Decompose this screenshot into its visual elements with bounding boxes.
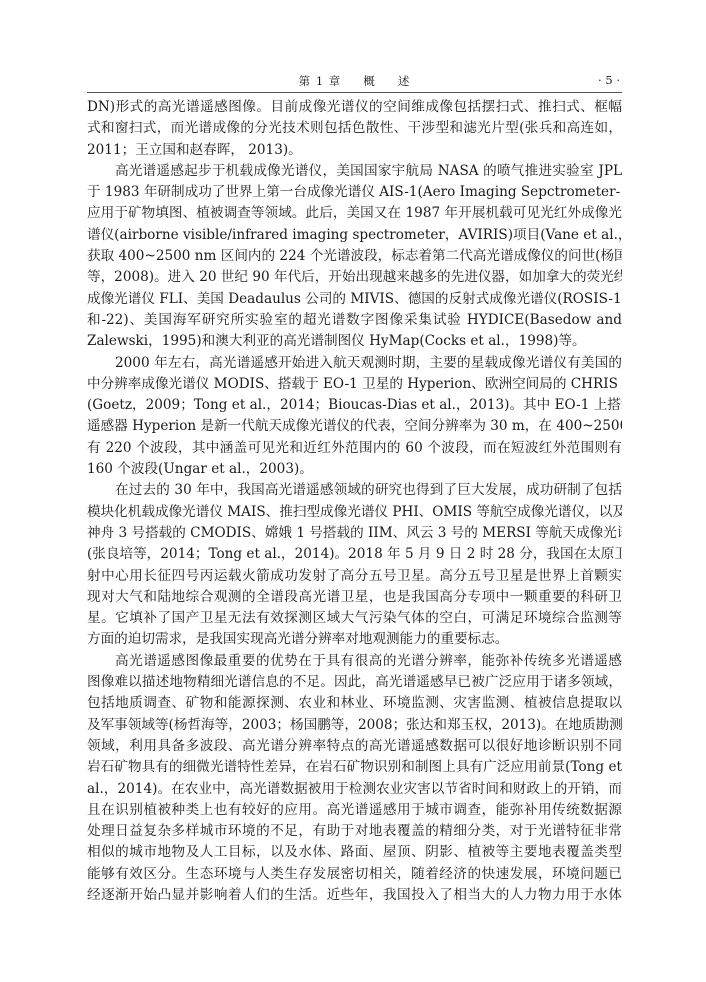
page-number: · 5 · — [598, 73, 620, 87]
chapter-heading: 第 1 章概述 — [87, 73, 622, 89]
text-line: 高光谱遥感起步于机载成像光谱仪，美国国家宇航局 NASA 的喷气推进实验室 JP… — [87, 161, 622, 182]
text-line: 且在识别植被种类上也有较好的应用。高光谱遥感用于城市调查，能弥补用传统数据源 — [87, 800, 622, 821]
text-line: 神舟 3 号搭载的 CMODIS、嫦娥 1 号搭载的 IIM、风云 3 号的 M… — [87, 523, 622, 544]
text-line: (张良培等，2014；Tong et al.，2014)。2018 年 5 月 … — [87, 544, 622, 565]
text-line: 领域，利用具备多波段、高光谱分辨率特点的高光谱遥感数据可以很好地诊断识别不同 — [87, 736, 622, 757]
text-line: 和-22)、美国海军研究所实验室的超光谱数字图像采集试验 HYDICE(Base… — [87, 310, 622, 331]
text-line: Zalewski，1995)和澳大利亚的高光谱制图仪 HyMap(Cocks e… — [87, 331, 622, 352]
header-rule — [87, 92, 622, 93]
text-line: 星。它填补了国产卫星无法有效探测区域大气污染气体的空白，可满足环境综合监测等 — [87, 608, 622, 629]
text-line: 岩石矿物具有的细微光谱特性差异，在岩石矿物识别和制图上具有广泛应用前景(Tong… — [87, 757, 622, 778]
chapter-number: 第 1 章 — [299, 74, 342, 88]
text-line: 中分辨率成像光谱仪 MODIS、搭载于 EO-1 卫星的 Hyperion、欧洲… — [87, 374, 622, 395]
text-line: 射中心用长征四号丙运载火箭成功发射了高分五号卫星。高分五号卫星是世界上首颗实 — [87, 566, 622, 587]
text-line: 在过去的 30 年中，我国高光谱遥感领域的研究也得到了巨大发展，成功研制了包括 — [87, 480, 622, 501]
text-line: 式和窗扫式，而光谱成像的分光技术则包括色散性、干涉型和滤光片型(张兵和高连如， — [87, 118, 622, 139]
text-line: 等，2008)。进入 20 世纪 90 年代后，开始出现越来越多的先进仪器，如加… — [87, 267, 622, 288]
text-line: 160 个波段(Ungar et al.，2003)。 — [87, 459, 622, 480]
text-line: 相似的城市地物及人工目标，以及水体、路面、屋顶、阴影、植被等主要地表覆盖类型 — [87, 842, 622, 863]
text-line: 谱仪(airborne visible/infrared imaging spe… — [87, 225, 622, 246]
running-header: 第 1 章概述 · 5 · — [87, 73, 622, 91]
text-line: 经逐渐开始凸显并影响着人们的生活。近些年，我国投入了相当大的人力物力用于水体 — [87, 885, 622, 906]
chapter-title-char-2: 述 — [398, 74, 411, 88]
text-line: 成像光谱仪 FLI、美国 Deadaulus 公司的 MIVIS、德国的反射式成… — [87, 289, 622, 310]
text-line: 应用于矿物填图、植被调查等领域。此后，美国又在 1987 年开展机载可见光红外成… — [87, 203, 622, 224]
text-line: DN)形式的高光谱遥感图像。目前成像光谱仪的空间维成像包括摆扫式、推扫式、框幅 — [87, 97, 622, 118]
text-line: 2000 年左右，高光谱遥感开始进入航天观测时期，主要的星载成像光谱仪有美国的 — [87, 353, 622, 374]
text-line: 图像难以描述地物精细光谱信息的不足。因此，高光谱遥感早已被广泛应用于诸多领域， — [87, 672, 622, 693]
text-line: 获取 400~2500 nm 区间内的 224 个光谱波段，标志着第二代高光谱成… — [87, 246, 622, 267]
chapter-title-char-1: 概 — [363, 74, 376, 88]
text-line: (Goetz，2009；Tong et al.，2014；Bioucas-Dia… — [87, 395, 622, 416]
body-text: DN)形式的高光谱遥感图像。目前成像光谱仪的空间维成像包括摆扫式、推扫式、框幅式… — [87, 97, 622, 906]
text-line: 现对大气和陆地综合观测的全谱段高光谱卫星，也是我国高分专项中一颗重要的科研卫 — [87, 587, 622, 608]
text-line: 有 220 个波段，其中涵盖可见光和近红外范围内的 60 个波段，而在短波红外范… — [87, 438, 622, 459]
text-line: 模块化机载成像光谱仪 MAIS、推扫型成像光谱仪 PHI、OMIS 等航空成像光… — [87, 502, 622, 523]
text-line: 于 1983 年研制成功了世界上第一台成像光谱仪 AIS-1(Aero Imag… — [87, 182, 622, 203]
text-line: 高光谱遥感图像最重要的优势在于具有很高的光谱分辨率，能弥补传统多光谱遥感 — [87, 651, 622, 672]
text-line: 方面的迫切需求，是我国实现高光谱分辨率对地观测能力的重要标志。 — [87, 629, 622, 650]
text-line: 及军事领域等(杨哲海等，2003；杨国鹏等，2008；张达和郑玉权，2013)。… — [87, 715, 622, 736]
text-line: 包括地质调查、矿物和能源探测、农业和林业、环境监测、灾害监测、植被信息提取以 — [87, 693, 622, 714]
text-line: al.，2014)。在农业中，高光谱数据被用于检测农业灾害以节省时间和财政上的开… — [87, 779, 622, 800]
text-line: 2011；王立国和赵春晖， 2013)。 — [87, 140, 622, 161]
text-line: 处理日益复杂多样城市环境的不足，有助于对地表覆盖的精细分类，对于光谱特征非常 — [87, 821, 622, 842]
text-line: 遥感器 Hyperion 是新一代航天成像光谱仪的代表，空间分辨率为 30 m，… — [87, 416, 622, 437]
text-line: 能够有效区分。生态环境与人类生存发展密切相关，随着经济的快速发展，环境问题已 — [87, 864, 622, 885]
